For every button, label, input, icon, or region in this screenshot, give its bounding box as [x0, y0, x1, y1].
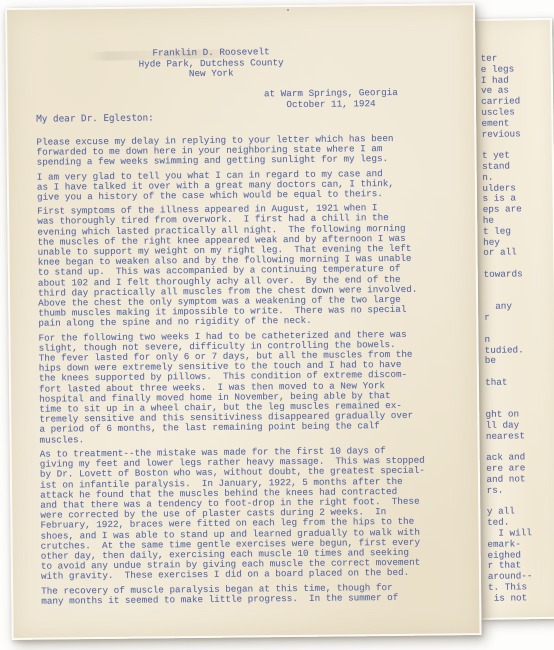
paragraph: For the following two weeks I had to be …	[38, 329, 459, 446]
page2-text-fragments: ter e legs I had ve as carried uscles em…	[480, 53, 532, 604]
paragraph: First symptoms of the illness appeared i…	[37, 202, 458, 329]
dateline-block: at Warm Springs, Georgia October 11, 192…	[264, 88, 398, 110]
paragraph: As to treatment--the mistake was made fo…	[40, 445, 461, 582]
scan-speck	[287, 9, 289, 11]
letter-body: Please excuse my delay in replying to yo…	[36, 133, 461, 610]
salutation: My dear Dr. Egleston:	[36, 113, 154, 124]
paragraph: I am very glad to tell you what I can in…	[37, 168, 457, 203]
paragraph: Please excuse my delay in replying to yo…	[36, 133, 456, 168]
paragraph: The recovery of muscle paralysis began a…	[41, 582, 461, 607]
letter-page-1: Franklin D. Roosevelt Hyde Park, Dutches…	[5, 3, 482, 640]
letter-page-2: ter e legs I had ve as carried uscles em…	[472, 18, 554, 620]
sender-address-block: Franklin D. Roosevelt Hyde Park, Dutches…	[63, 46, 358, 81]
